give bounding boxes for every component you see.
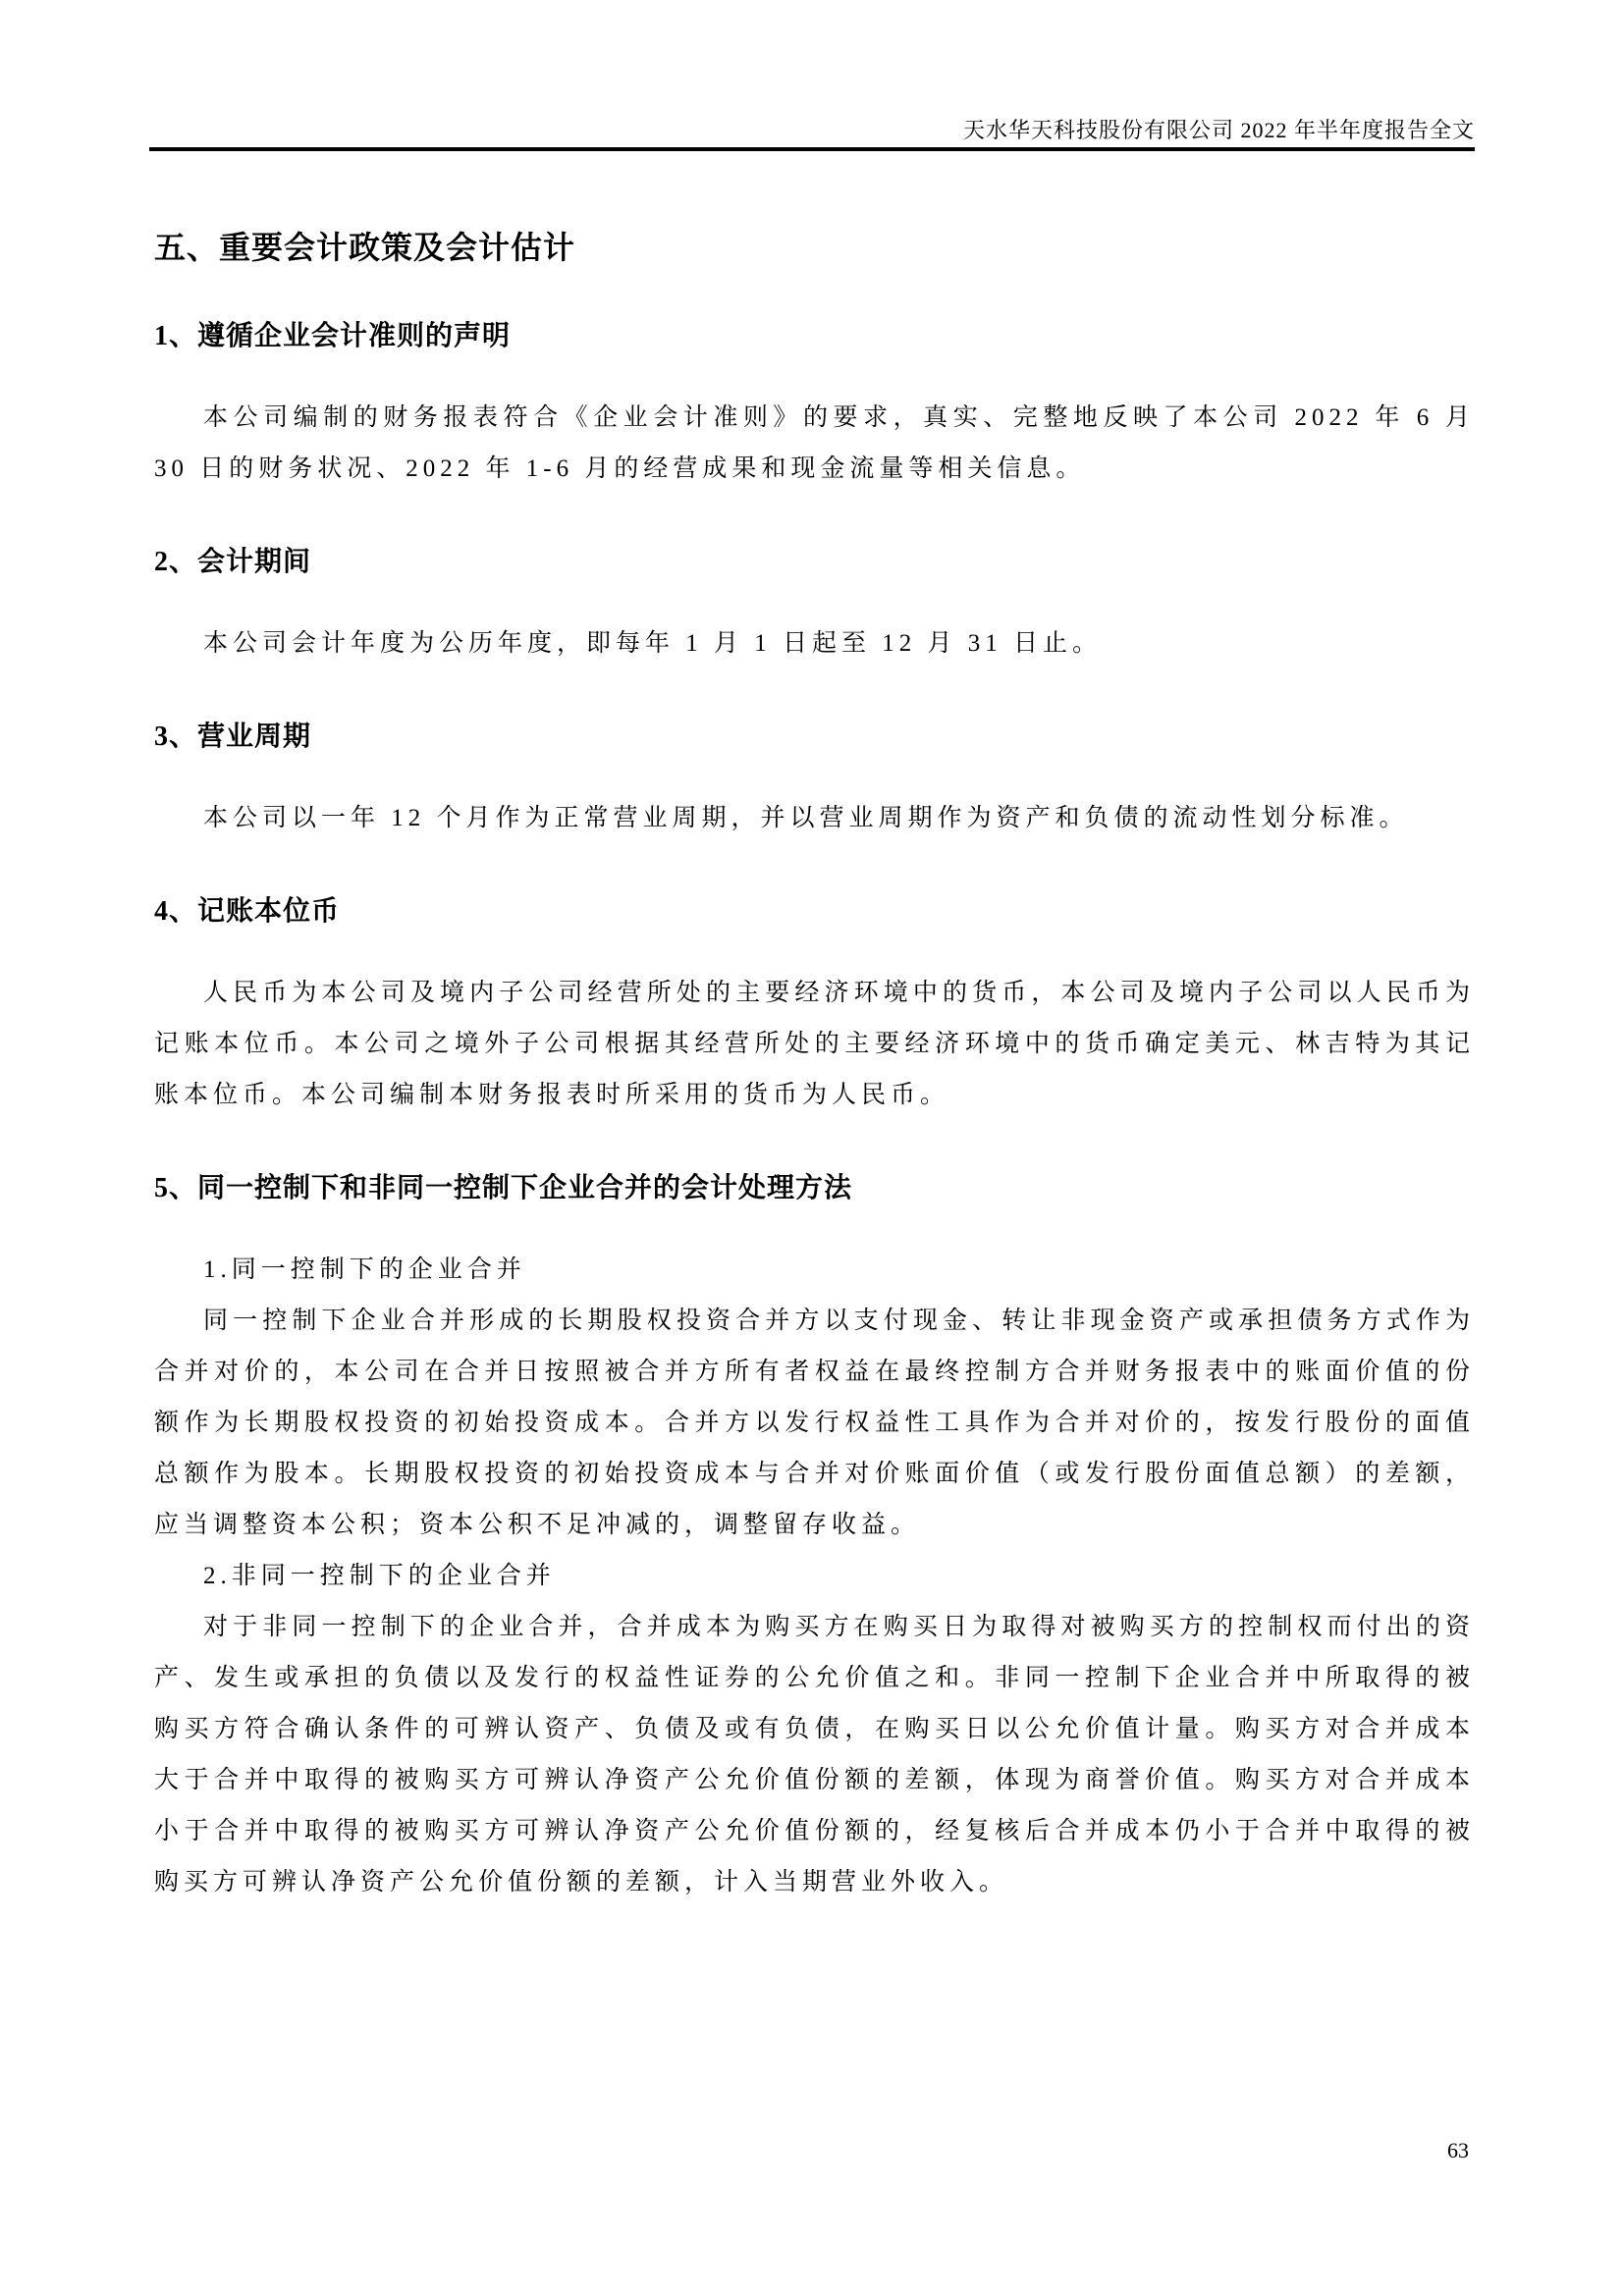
section-5-subheading-same-control: 1.同一控制下的企业合并 bbox=[154, 1245, 1475, 1296]
section-2-heading: 2、会计期间 bbox=[154, 544, 1475, 581]
section-3-heading: 3、营业周期 bbox=[154, 719, 1475, 756]
section-5-paragraph-non-same-control: 对于非同一控制下的企业合并，合并成本为购买方在购买日为取得对被购买方的控制权而付… bbox=[154, 1602, 1475, 1908]
section-business-combinations: 5、同一控制下和非同一控制下企业合并的会计处理方法 1.同一控制下的企业合并 同… bbox=[154, 1170, 1475, 1908]
section-accounting-period: 2、会计期间 本公司会计年度为公历年度，即每年 1 月 1 日起至 12 月 3… bbox=[154, 544, 1475, 669]
section-accounting-standards-statement: 1、遵循企业会计准则的声明 本公司编制的财务报表符合《企业会计准则》的要求，真实… bbox=[154, 318, 1475, 495]
section-5-subheading-non-same-control: 2.非同一控制下的企业合并 bbox=[154, 1551, 1475, 1602]
section-3-paragraph: 本公司以一年 12 个月作为正常营业周期，并以营业周期作为资产和负债的流动性划分… bbox=[154, 793, 1475, 844]
section-1-heading: 1、遵循企业会计准则的声明 bbox=[154, 318, 1475, 355]
section-functional-currency: 4、记账本位币 人民币为本公司及境内子公司经营所处的主要经济环境中的货币，本公司… bbox=[154, 893, 1475, 1121]
page-number: 63 bbox=[1447, 2138, 1469, 2163]
section-5-heading: 5、同一控制下和非同一控制下企业合并的会计处理方法 bbox=[154, 1170, 1475, 1207]
section-5-paragraph-same-control: 同一控制下企业合并形成的长期股权投资合并方以支付现金、转让非现金资产或承担债务方… bbox=[154, 1296, 1475, 1551]
section-1-paragraph: 本公司编制的财务报表符合《企业会计准则》的要求，真实、完整地反映了本公司 202… bbox=[154, 393, 1475, 495]
section-4-paragraph: 人民币为本公司及境内子公司经营所处的主要经济环境中的货币，本公司及境内子公司以人… bbox=[154, 968, 1475, 1121]
section-operating-cycle: 3、营业周期 本公司以一年 12 个月作为正常营业周期，并以营业周期作为资产和负… bbox=[154, 719, 1475, 844]
chapter-title: 五、重要会计政策及会计估计 bbox=[154, 226, 1475, 269]
running-header: 天水华天科技股份有限公司 2022 年半年度报告全文 bbox=[963, 114, 1475, 144]
header-rule bbox=[149, 147, 1475, 151]
section-2-paragraph: 本公司会计年度为公历年度，即每年 1 月 1 日起至 12 月 31 日止。 bbox=[154, 618, 1475, 669]
page-content: 五、重要会计政策及会计估计 1、遵循企业会计准则的声明 本公司编制的财务报表符合… bbox=[154, 226, 1475, 1908]
report-page: 天水华天科技股份有限公司 2022 年半年度报告全文 五、重要会计政策及会计估计… bbox=[0, 0, 1624, 2296]
section-4-heading: 4、记账本位币 bbox=[154, 893, 1475, 931]
